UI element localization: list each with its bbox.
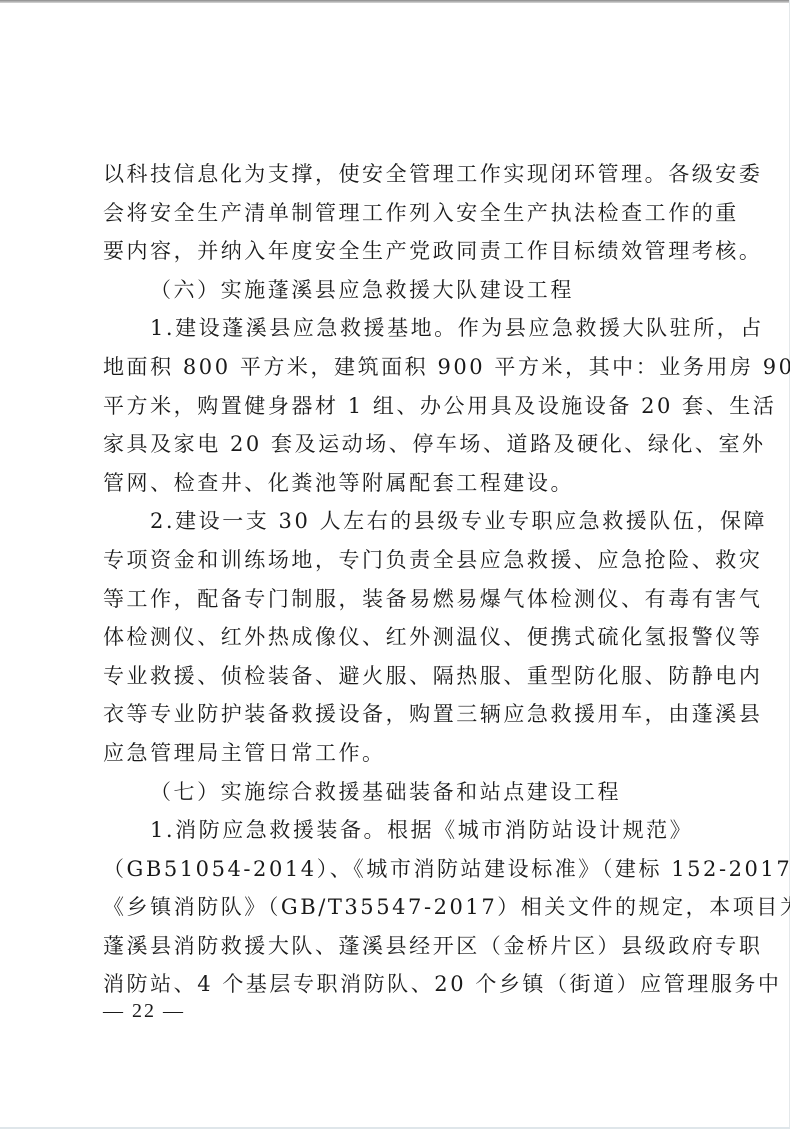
text-line: （GB51054-2014）、《城市消防站建设标准》（建标 152-2017）、 [103,850,695,889]
heading-text: （七）实施综合救援基础装备和站点建设工程 [103,773,695,812]
text-line: 专项资金和训练场地，专门负责全县应急救援、应急抢险、救灾 [103,541,695,580]
text-line: 1.消防应急救援装备。根据《城市消防站设计规范》 [103,811,695,850]
text-line: 地面积 800 平方米，建筑面积 900 平方米，其中：业务用房 900 [103,348,695,387]
text-line: 衣等专业防护装备救援设备，购置三辆应急救援用车，由蓬溪县 [103,695,695,734]
text-line: 2.建设一支 30 人左右的县级专业专职应急救援队伍，保障 [103,502,695,541]
section-heading-7: （七）实施综合救援基础装备和站点建设工程 [103,773,695,812]
text-line: 平方米，购置健身器材 1 组、办公用具及设施设备 20 套、生活 [103,387,695,426]
text-line: 蓬溪县消防救援大队、蓬溪县经开区（金桥片区）县级政府专职 [103,927,695,966]
text-line: 等工作，配备专门制服，装备易燃易爆气体检测仪、有毒有害气 [103,580,695,619]
text-line: 消防站、4 个基层专职消防队、20 个乡镇（街道）应管理服务中 [103,965,695,1004]
page-number: — 22 — [103,1000,185,1023]
text-line: 家具及家电 20 套及运动场、停车场、道路及硬化、绿化、室外 [103,425,695,464]
paragraph-continuation: 以科技信息化为支撑，使安全管理工作实现闭环管理。各级安委 会将安全生产清单制管理… [103,155,695,271]
text-line: 应急管理局主管日常工作。 [103,734,695,773]
text-line: 专业救援、侦检装备、避火服、隔热服、重型防化服、防静电内 [103,657,695,696]
document-body: 以科技信息化为支撑，使安全管理工作实现闭环管理。各级安委 会将安全生产清单制管理… [103,155,695,1004]
text-line: 以科技信息化为支撑，使安全管理工作实现闭环管理。各级安委 [103,155,695,194]
text-line: 会将安全生产清单制管理工作列入安全生产执法检查工作的重 [103,194,695,233]
text-line: 要内容，并纳入年度安全生产党政同责工作目标绩效管理考核。 [103,232,695,271]
paragraph-item-1-base: 1.建设蓬溪县应急救援基地。作为县应急救援大队驻所，占 地面积 800 平方米，… [103,309,695,502]
section-heading-6: （六）实施蓬溪县应急救援大队建设工程 [103,271,695,310]
paragraph-item-2-team: 2.建设一支 30 人左右的县级专业专职应急救援队伍，保障 专项资金和训练场地，… [103,502,695,772]
text-line: 管网、检查井、化粪池等附属配套工程建设。 [103,464,695,503]
text-line: 体检测仪、红外热成像仪、红外测温仪、便携式硫化氢报警仪等 [103,618,695,657]
paragraph-item-1-equipment: 1.消防应急救援装备。根据《城市消防站设计规范》 （GB51054-2014）、… [103,811,695,1004]
heading-text: （六）实施蓬溪县应急救援大队建设工程 [103,271,695,310]
text-line: 《乡镇消防队》（GB/T35547-2017）相关文件的规定，本项目为 [103,888,695,927]
page-edge-top [0,0,790,3]
text-line: 1.建设蓬溪县应急救援基地。作为县应急救援大队驻所，占 [103,309,695,348]
